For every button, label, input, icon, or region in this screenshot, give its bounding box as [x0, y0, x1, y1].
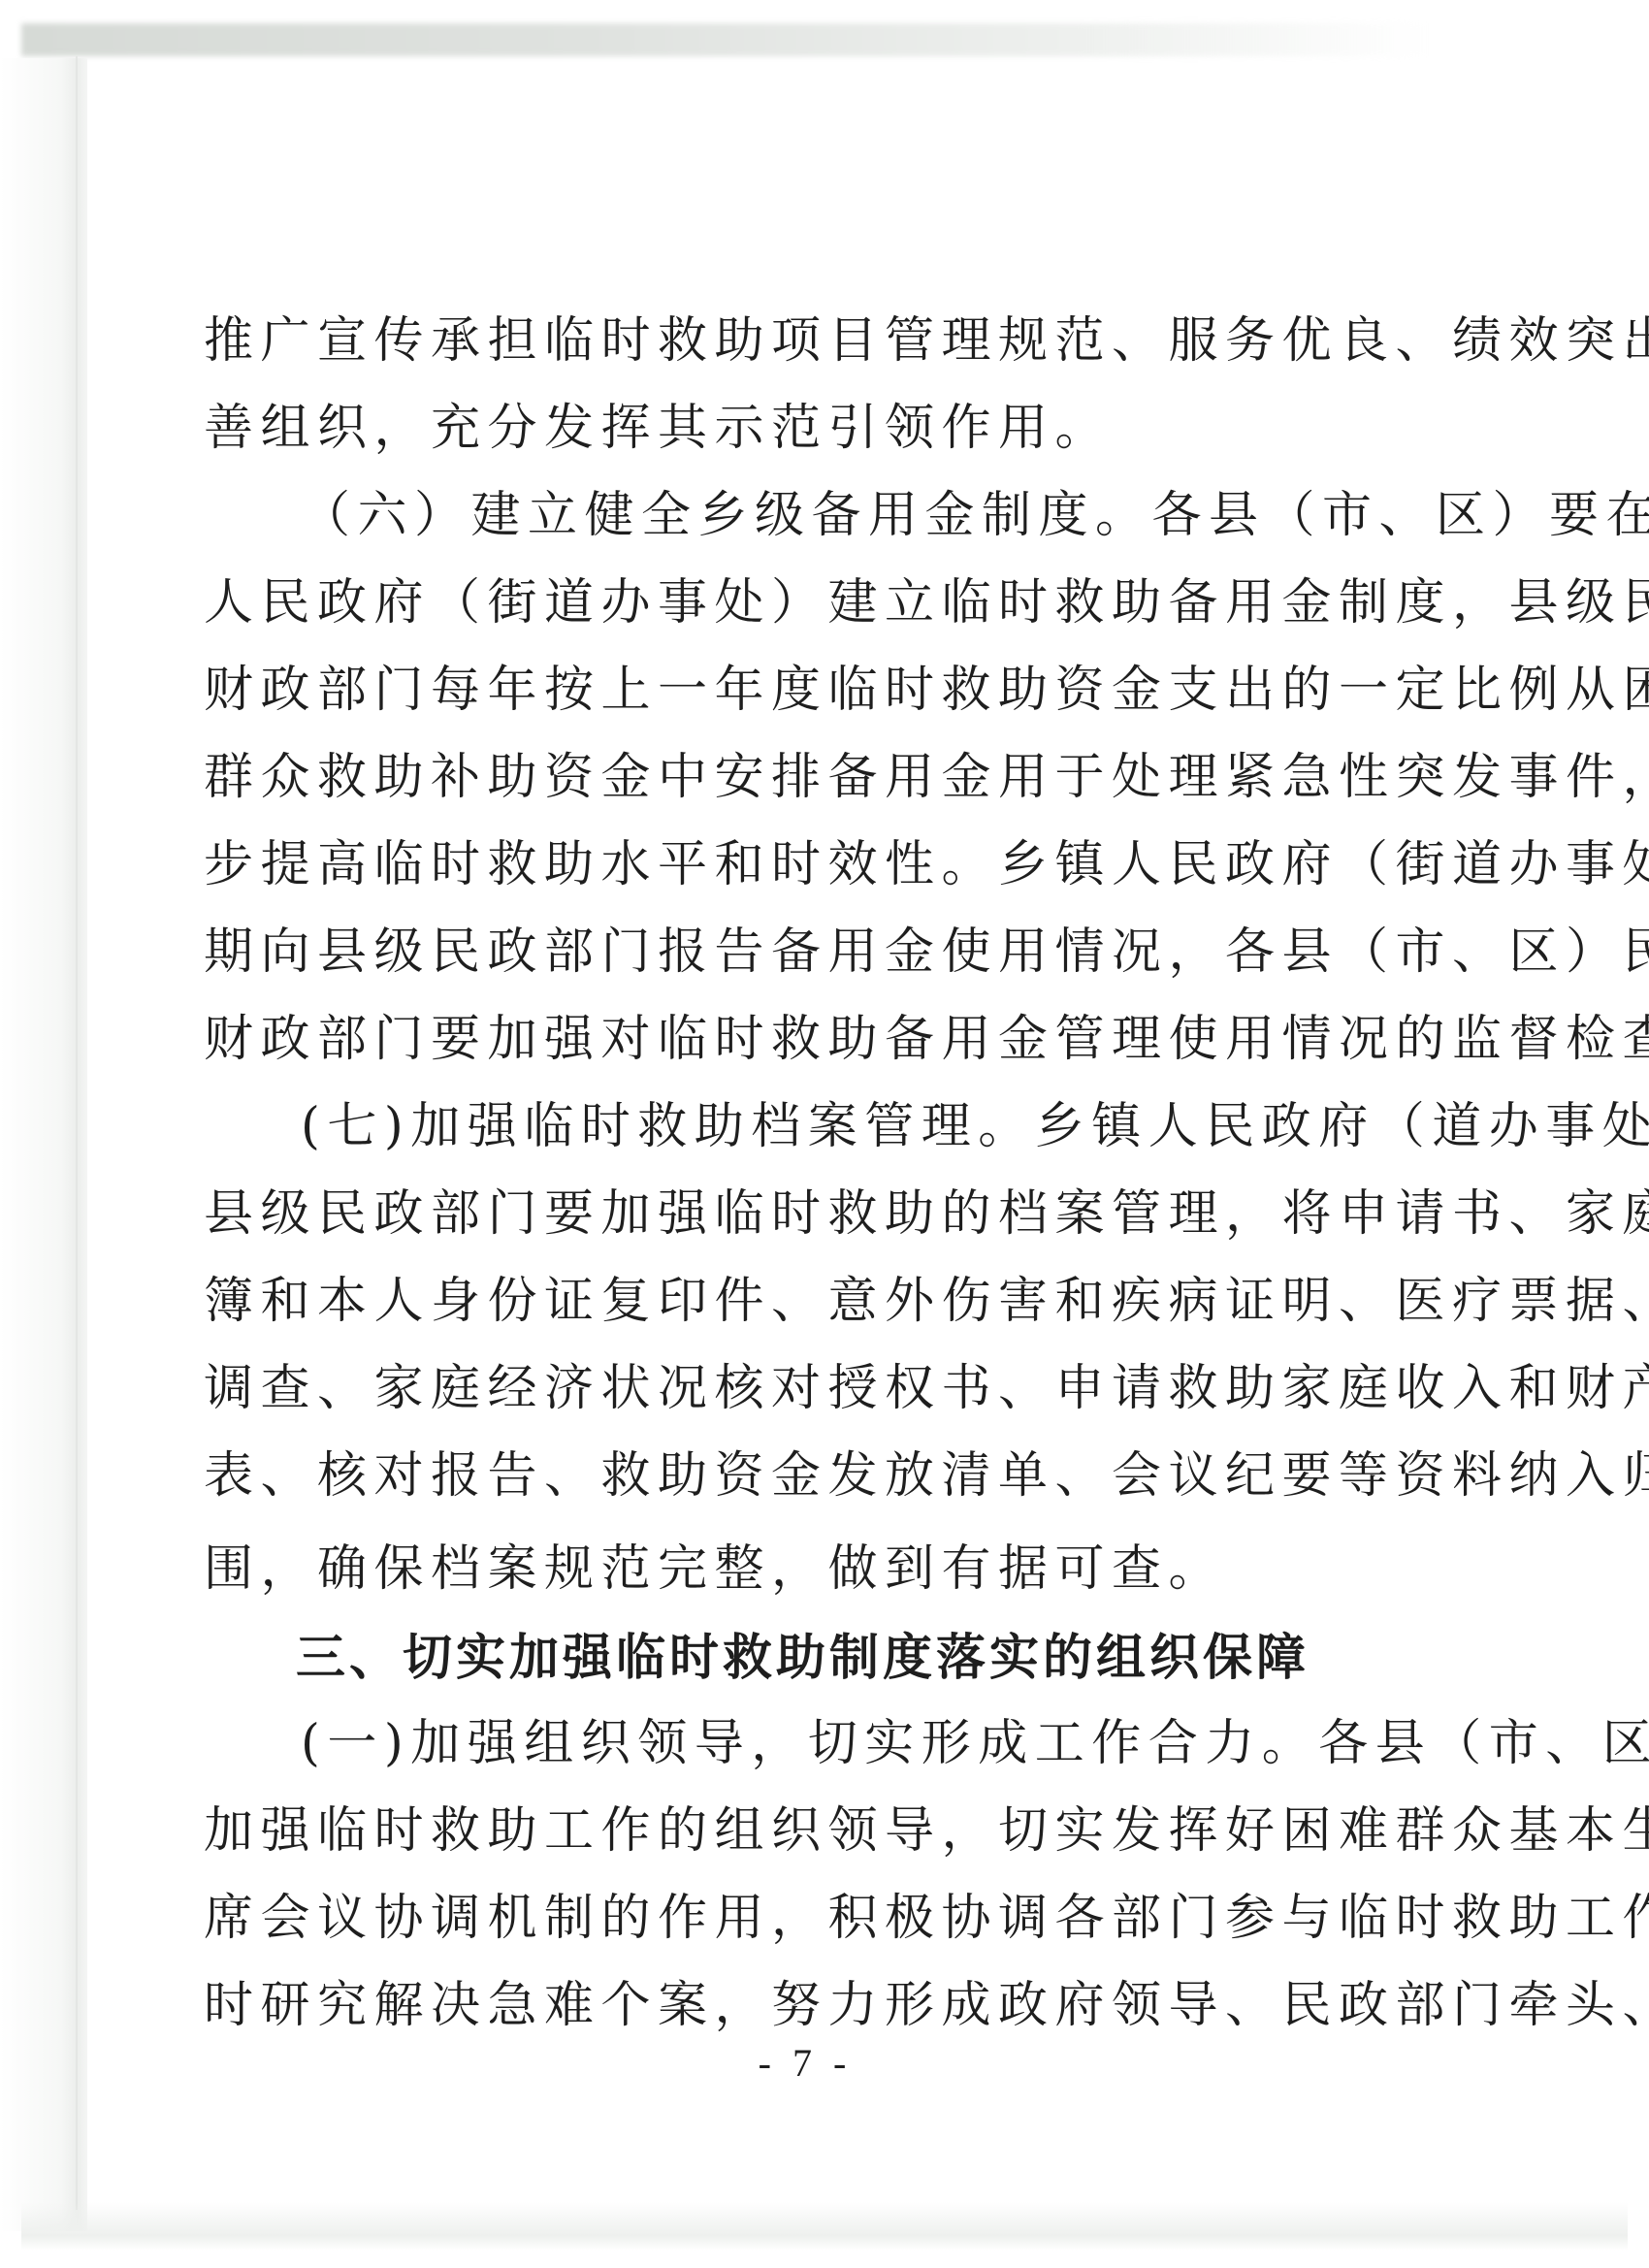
- page-number: - 7 -: [747, 2042, 863, 2085]
- paragraph-line: 加强临时救助工作的组织领导，切实发挥好困难群众基本生活联: [204, 1802, 1397, 1861]
- paragraph-line: 时研究解决急难个案，努力形成政府领导、民政部门牵头、有关: [204, 1977, 1397, 2035]
- paragraph-line: 善组织，充分发挥其示范引领作用。: [204, 400, 1397, 458]
- paragraph-line: 步提高临时救助水平和时效性。乡镇人民政府（街道办事处）定: [204, 836, 1397, 894]
- section-heading-3: 三、切实加强临时救助制度落实的组织保障: [296, 1630, 1130, 1688]
- paragraph-line: 席会议协调机制的作用，积极协调各部门参与临时救助工作，及: [204, 1890, 1397, 1948]
- paragraph-line: 围，确保档案规范完整，做到有据可查。: [204, 1540, 1397, 1599]
- paragraph-line: 财政部门每年按上一年度临时救助资金支出的一定比例从困难: [204, 662, 1397, 720]
- scan-shadow-bottom: [21, 2202, 1628, 2251]
- scan-shadow-left: [0, 58, 87, 2231]
- page-edge: [76, 56, 78, 2210]
- paragraph-line: 调查、家庭经济状况核对授权书、申请救助家庭收入和财产申报: [204, 1360, 1397, 1418]
- paragraph-line: 推广宣传承担临时救助项目管理规范、服务优良、绩效突出的慈: [204, 312, 1397, 371]
- scan-shadow-top: [21, 23, 1428, 56]
- paragraph-line: 财政部门要加强对临时救助备用金管理使用情况的监督检查。: [204, 1011, 1397, 1069]
- paragraph-line: 县级民政部门要加强临时救助的档案管理，将申请书、家庭户口: [204, 1185, 1397, 1244]
- paragraph-line: 期向县级民政部门报告备用金使用情况，各县（市、区）民政、: [204, 923, 1397, 982]
- paragraph-line: 表、核对报告、救助资金发放清单、会议纪要等资料纳入归档范: [204, 1447, 1397, 1506]
- paragraph-line: 群众救助补助资金中安排备用金用于处理紧急性突发事件，进一: [204, 749, 1397, 807]
- paragraph-line-section-7: (七)加强临时救助档案管理。乡镇人民政府（道办事处）和: [301, 1098, 1397, 1156]
- paragraph-line: 人民政府（街道办事处）建立临时救助备用金制度，县级民政、: [204, 574, 1397, 632]
- paragraph-line: 簿和本人身份证复印件、意外伤害和疾病证明、医疗票据、入户: [204, 1273, 1397, 1331]
- paragraph-line-section-6: （六）建立健全乡级备用金制度。各县（市、区）要在乡镇: [301, 487, 1397, 545]
- paragraph-line-subsection-1: (一)加强组织领导，切实形成工作合力。各县（市、区）要: [301, 1715, 1397, 1773]
